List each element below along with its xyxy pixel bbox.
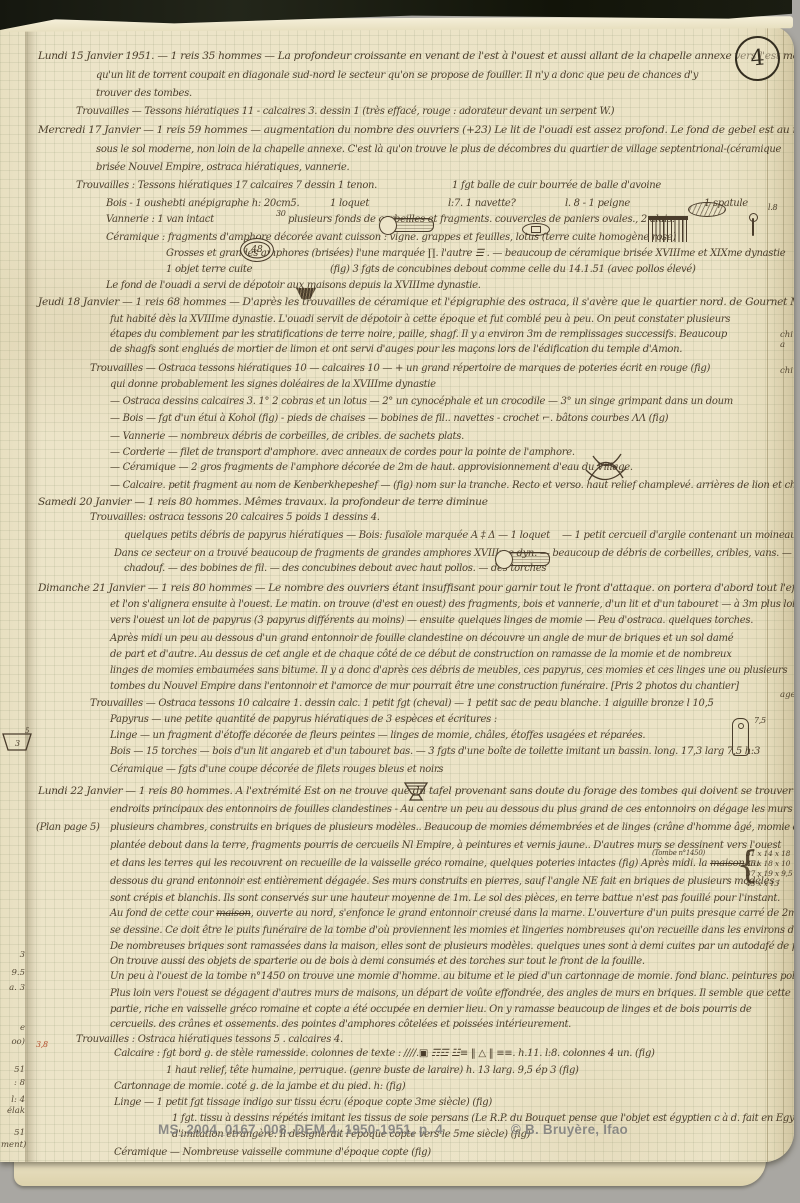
basketry-scribble-sketch (583, 446, 629, 486)
notebook-page: Lundi 15 Janvier 1951. — 1 reis 35 homme… (0, 26, 794, 1162)
shuttle-sketch (522, 223, 550, 236)
winnowing-basket-sketch: 48 (240, 238, 274, 262)
striped-cup-sketch (402, 781, 430, 803)
basin-number-5: 5 (25, 727, 30, 735)
coffin-sketch (732, 718, 749, 756)
van-number-label: 48 (251, 245, 262, 255)
page-number: 4 (749, 45, 765, 71)
margin-fragment: chi a (780, 330, 794, 350)
notebook-photo: { "document": { "page_number": "4", "wat… (0, 0, 800, 1203)
comb-sketch (648, 216, 688, 242)
leather-ball-sketch (688, 202, 726, 217)
watermark-id: MS_2004_0167_008. DEM 4, 1950-1951, p. 4 (158, 1122, 443, 1137)
margin-fragment: chi (780, 366, 793, 376)
spatula-sketch (752, 218, 754, 236)
watermark: MS_2004_0167_008. DEM 4, 1950-1951, p. 4… (158, 1122, 628, 1137)
watermark-credit: © B. Bruyère, Ifao (511, 1122, 628, 1137)
basin-number-3: 3 (15, 739, 20, 748)
margin-fragment: age (780, 690, 794, 700)
margin-basin-sketch: 3 5 (1, 726, 35, 760)
latch-sketch-2 (508, 552, 550, 566)
latch-sketch (392, 218, 434, 232)
right-margin-fragments: chi achiage (0, 26, 794, 1162)
